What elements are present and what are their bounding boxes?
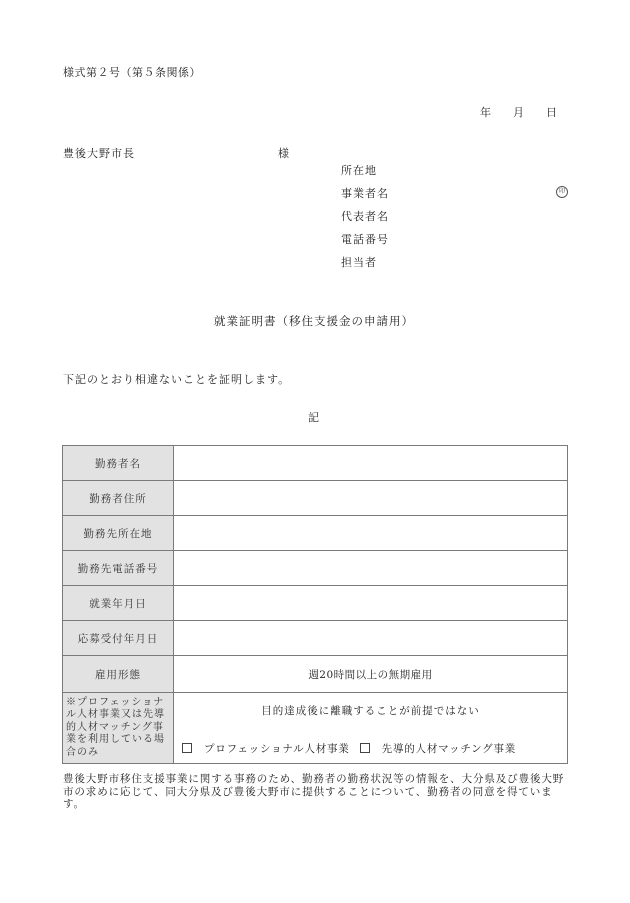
program-note-label: ※プロフェッショナル人材事業又は先導的人材マッチング事業を利用している場合のみ bbox=[63, 693, 174, 764]
worker-address-field[interactable] bbox=[174, 481, 568, 516]
lead-text: 下記のとおり相違ないことを証明します。 bbox=[63, 371, 290, 387]
table-row: 勤務先所在地 bbox=[63, 516, 568, 551]
worker-address-label: 勤務者住所 bbox=[63, 481, 174, 516]
table-row: 勤務先電話番号 bbox=[63, 551, 568, 586]
workplace-phone-label: 勤務先電話番号 bbox=[63, 551, 174, 586]
table-row: 勤務者名 bbox=[63, 446, 568, 481]
addressee-name: 豊後大野市長 bbox=[63, 145, 135, 161]
employment-date-label: 就業年月日 bbox=[63, 586, 174, 621]
application-date-field[interactable] bbox=[174, 621, 568, 656]
employment-type-value: 週20時間以上の無期雇用 bbox=[174, 656, 568, 693]
table-row: 勤務者住所 bbox=[63, 481, 568, 516]
consent-text: 豊後大野市移住支援事業に関する事務のため、勤務者の勤務状況等の情報を、大分県及び… bbox=[63, 773, 568, 811]
applicant-representative-label: 代表者名 bbox=[341, 210, 389, 233]
leading-talent-matching-option[interactable]: 先導的人材マッチング事業 bbox=[360, 741, 516, 756]
applicant-phone-label: 電話番号 bbox=[341, 233, 389, 256]
certificate-table: 勤務者名 勤務者住所 勤務先所在地 勤務先電話番号 就業年月日 応募受付年月日 … bbox=[62, 445, 568, 764]
table-row: 雇用形態 週20時間以上の無期雇用 bbox=[63, 656, 568, 693]
checkbox-icon[interactable] bbox=[360, 743, 370, 753]
form-number: 様式第２号（第５条関係） bbox=[63, 64, 201, 80]
date-month-label: 月 bbox=[513, 104, 524, 120]
program-statement: 目的達成後に離職することが前提ではない bbox=[174, 701, 567, 718]
date-line: 年月日 bbox=[480, 104, 557, 120]
table-row: 応募受付年月日 bbox=[63, 621, 568, 656]
applicant-contact-label: 担当者 bbox=[341, 256, 389, 279]
worker-name-label: 勤務者名 bbox=[63, 446, 174, 481]
date-day-label: 日 bbox=[546, 104, 557, 120]
workplace-address-label: 勤務先所在地 bbox=[63, 516, 174, 551]
program-options: プロフェッショナル人材事業 先導的人材マッチング事業 bbox=[174, 741, 567, 756]
ki-heading: 記 bbox=[308, 409, 319, 425]
addressee-honorific: 様 bbox=[278, 145, 289, 161]
workplace-phone-field[interactable] bbox=[174, 551, 568, 586]
professional-talent-option[interactable]: プロフェッショナル人材事業 bbox=[182, 741, 350, 756]
employment-date-field[interactable] bbox=[174, 586, 568, 621]
seal-icon: 印 bbox=[556, 186, 568, 198]
applicant-address-label: 所在地 bbox=[341, 164, 389, 187]
program-note-cell: 目的達成後に離職することが前提ではない プロフェッショナル人材事業 先導的人材マ… bbox=[174, 693, 568, 764]
table-row: 就業年月日 bbox=[63, 586, 568, 621]
professional-talent-label: プロフェッショナル人材事業 bbox=[204, 741, 350, 756]
leading-talent-matching-label: 先導的人材マッチング事業 bbox=[382, 741, 516, 756]
date-year-label: 年 bbox=[480, 104, 491, 120]
applicant-block: 所在地 事業者名 代表者名 電話番号 担当者 bbox=[341, 164, 389, 279]
document-title: 就業証明書（移住支援金の申請用） bbox=[214, 313, 414, 329]
table-row: ※プロフェッショナル人材事業又は先導的人材マッチング事業を利用している場合のみ … bbox=[63, 693, 568, 764]
workplace-address-field[interactable] bbox=[174, 516, 568, 551]
applicant-company-label: 事業者名 bbox=[341, 187, 389, 210]
employment-type-label: 雇用形態 bbox=[63, 656, 174, 693]
checkbox-icon[interactable] bbox=[182, 743, 192, 753]
application-date-label: 応募受付年月日 bbox=[63, 621, 174, 656]
worker-name-field[interactable] bbox=[174, 446, 568, 481]
